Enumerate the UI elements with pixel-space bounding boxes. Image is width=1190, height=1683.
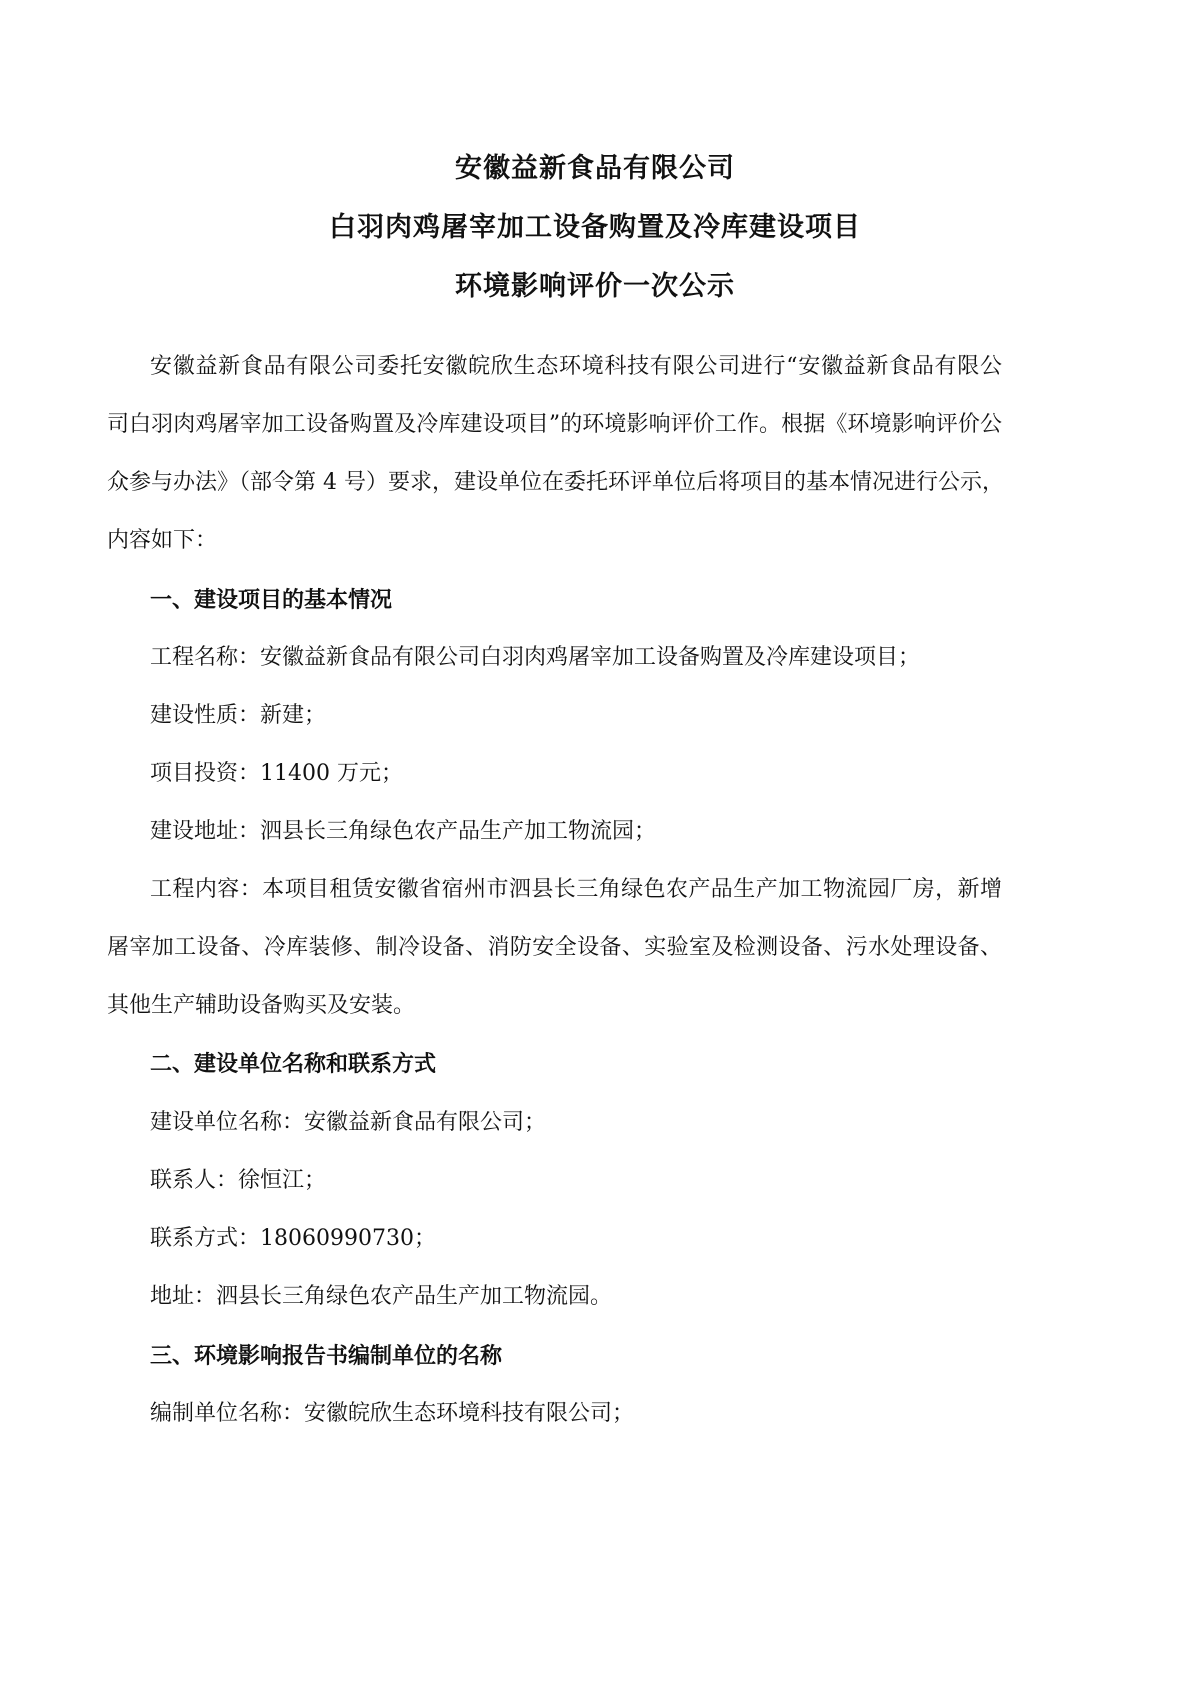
section3-heading: 三、环境影响报告书编制单位的名称	[150, 1341, 502, 1371]
project-name: 工程名称：安徽益新食品有限公司白羽肉鸡屠宰加工设备购置及冷库建设项目；	[150, 643, 920, 673]
title-project: 白羽肉鸡屠宰加工设备购置及冷库建设项目	[0, 205, 1190, 244]
intro-line-3: 众参与办法》（部令第 4 号）要求，建设单位在委托环评单位后将项目的基本情况进行…	[107, 468, 1002, 498]
builder-unit-name: 建设单位名称：安徽益新食品有限公司；	[150, 1108, 546, 1138]
contact-person: 联系人：徐恒江；	[150, 1166, 326, 1196]
section1-heading: 一、建设项目的基本情况	[150, 585, 392, 615]
title-company: 安徽益新食品有限公司	[0, 146, 1190, 185]
intro-line-2: 司白羽肉鸡屠宰加工设备购置及冷库建设项目”的环境影响评价工作。根据《环境影响评价…	[107, 410, 1002, 440]
report-unit-name: 编制单位名称：安徽皖欣生态环境科技有限公司；	[150, 1399, 634, 1429]
project-investment: 项目投资：11400 万元；	[150, 759, 403, 789]
intro-line-1: 安徽益新食品有限公司委托安徽皖欣生态环境科技有限公司进行“安徽益新食品有限公	[150, 352, 1002, 382]
construction-location: 建设地址：泗县长三角绿色农产品生产加工物流园；	[150, 817, 656, 847]
intro-line-4: 内容如下：	[107, 526, 217, 556]
project-content-line-3: 其他生产辅助设备购买及安装。	[107, 991, 415, 1021]
project-content-line-2: 屠宰加工设备、冷库装修、制冷设备、消防安全设备、实验室及检测设备、污水处理设备、	[107, 933, 1002, 963]
construction-nature: 建设性质：新建；	[150, 701, 326, 731]
project-content-line-1: 工程内容：本项目租赁安徽省宿州市泗县长三角绿色农产品生产加工物流园厂房，新增	[150, 875, 1002, 905]
contact-phone: 联系方式：18060990730；	[150, 1224, 436, 1254]
title-notice: 环境影响评价一次公示	[0, 264, 1190, 303]
builder-address: 地址：泗县长三角绿色农产品生产加工物流园。	[150, 1282, 612, 1312]
section2-heading: 二、建设单位名称和联系方式	[150, 1049, 436, 1079]
